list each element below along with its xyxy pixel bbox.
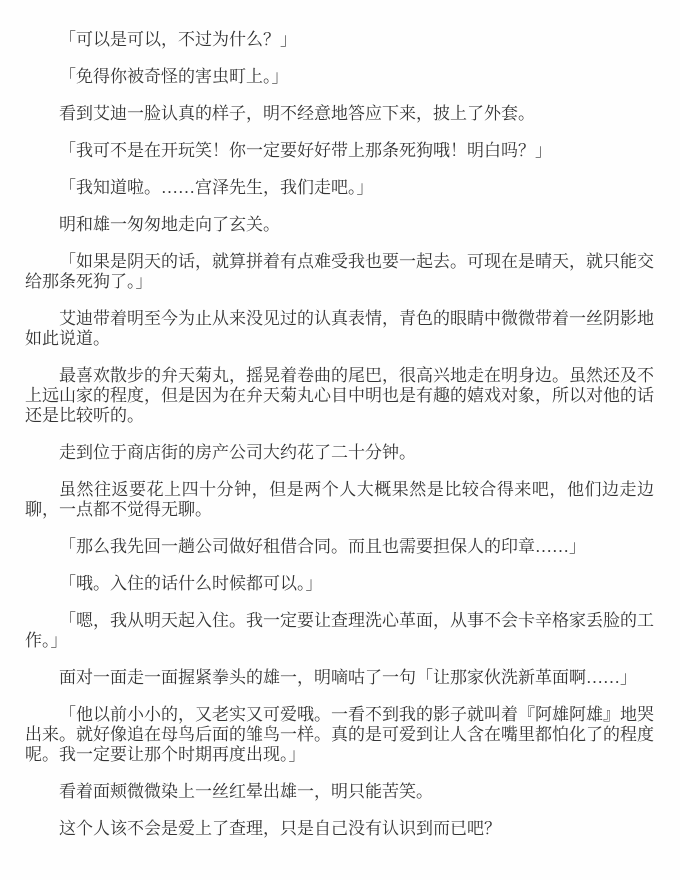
paragraph: 「他以前小小的，又老实又可爱哦。一看不到我的影子就叫着『阿雄阿雄』地哭出来。就好…: [25, 705, 654, 765]
paragraph: 「可以是可以，不过为什么？」: [25, 30, 654, 50]
paragraph: 走到位于商店街的房产公司大约花了二十分钟。: [25, 443, 654, 463]
paragraph: 明和雄一匆匆地走向了玄关。: [25, 215, 654, 235]
paragraph: 「嗯，我从明天起入住。我一定要让查理洗心革面，从事不会卡辛格家丢脸的工作。」: [25, 611, 654, 651]
novel-page: 「可以是可以，不过为什么？」 「免得你被奇怪的害虫町上。」 看到艾迪一脸认真的样…: [0, 0, 680, 880]
paragraph: 「哦。入住的话什么时候都可以。」: [25, 574, 654, 594]
paragraph: 「那么我先回一趟公司做好租借合同。而且也需要担保人的印章……」: [25, 537, 654, 557]
paragraph: 这个人该不会是爱上了查理，只是自己没有认识到而已吧？: [25, 819, 654, 839]
paragraph: 最喜欢散步的弁天菊丸，摇晃着卷曲的尾巴，很高兴地走在明身边。虽然还及不上远山家的…: [25, 366, 654, 426]
paragraph: 「我可不是在开玩笑！你一定要好好带上那条死狗哦！明白吗？」: [25, 141, 654, 161]
paragraph: 面对一面走一面握紧拳头的雄一，明嘀咕了一句「让那家伙洗新革面啊……」: [25, 668, 654, 688]
paragraph: 虽然往返要花上四十分钟，但是两个人大概果然是比较合得来吧，他们边走边聊，一点都不…: [25, 480, 654, 520]
paragraph: 艾迪带着明至今为止从来没见过的认真表情，青色的眼睛中微微带着一丝阴影地如此说道。: [25, 309, 654, 349]
paragraph: 看到艾迪一脸认真的样子，明不经意地答应下来，披上了外套。: [25, 104, 654, 124]
paragraph: 「我知道啦。……宫泽先生，我们走吧。」: [25, 178, 654, 198]
paragraph: 看着面颊微微染上一丝红晕出雄一，明只能苦笑。: [25, 782, 654, 802]
paragraph: 「如果是阴天的话，就算拼着有点难受我也要一起去。可现在是晴天，就只能交给那条死狗…: [25, 252, 654, 292]
paragraph: 「免得你被奇怪的害虫町上。」: [25, 67, 654, 87]
